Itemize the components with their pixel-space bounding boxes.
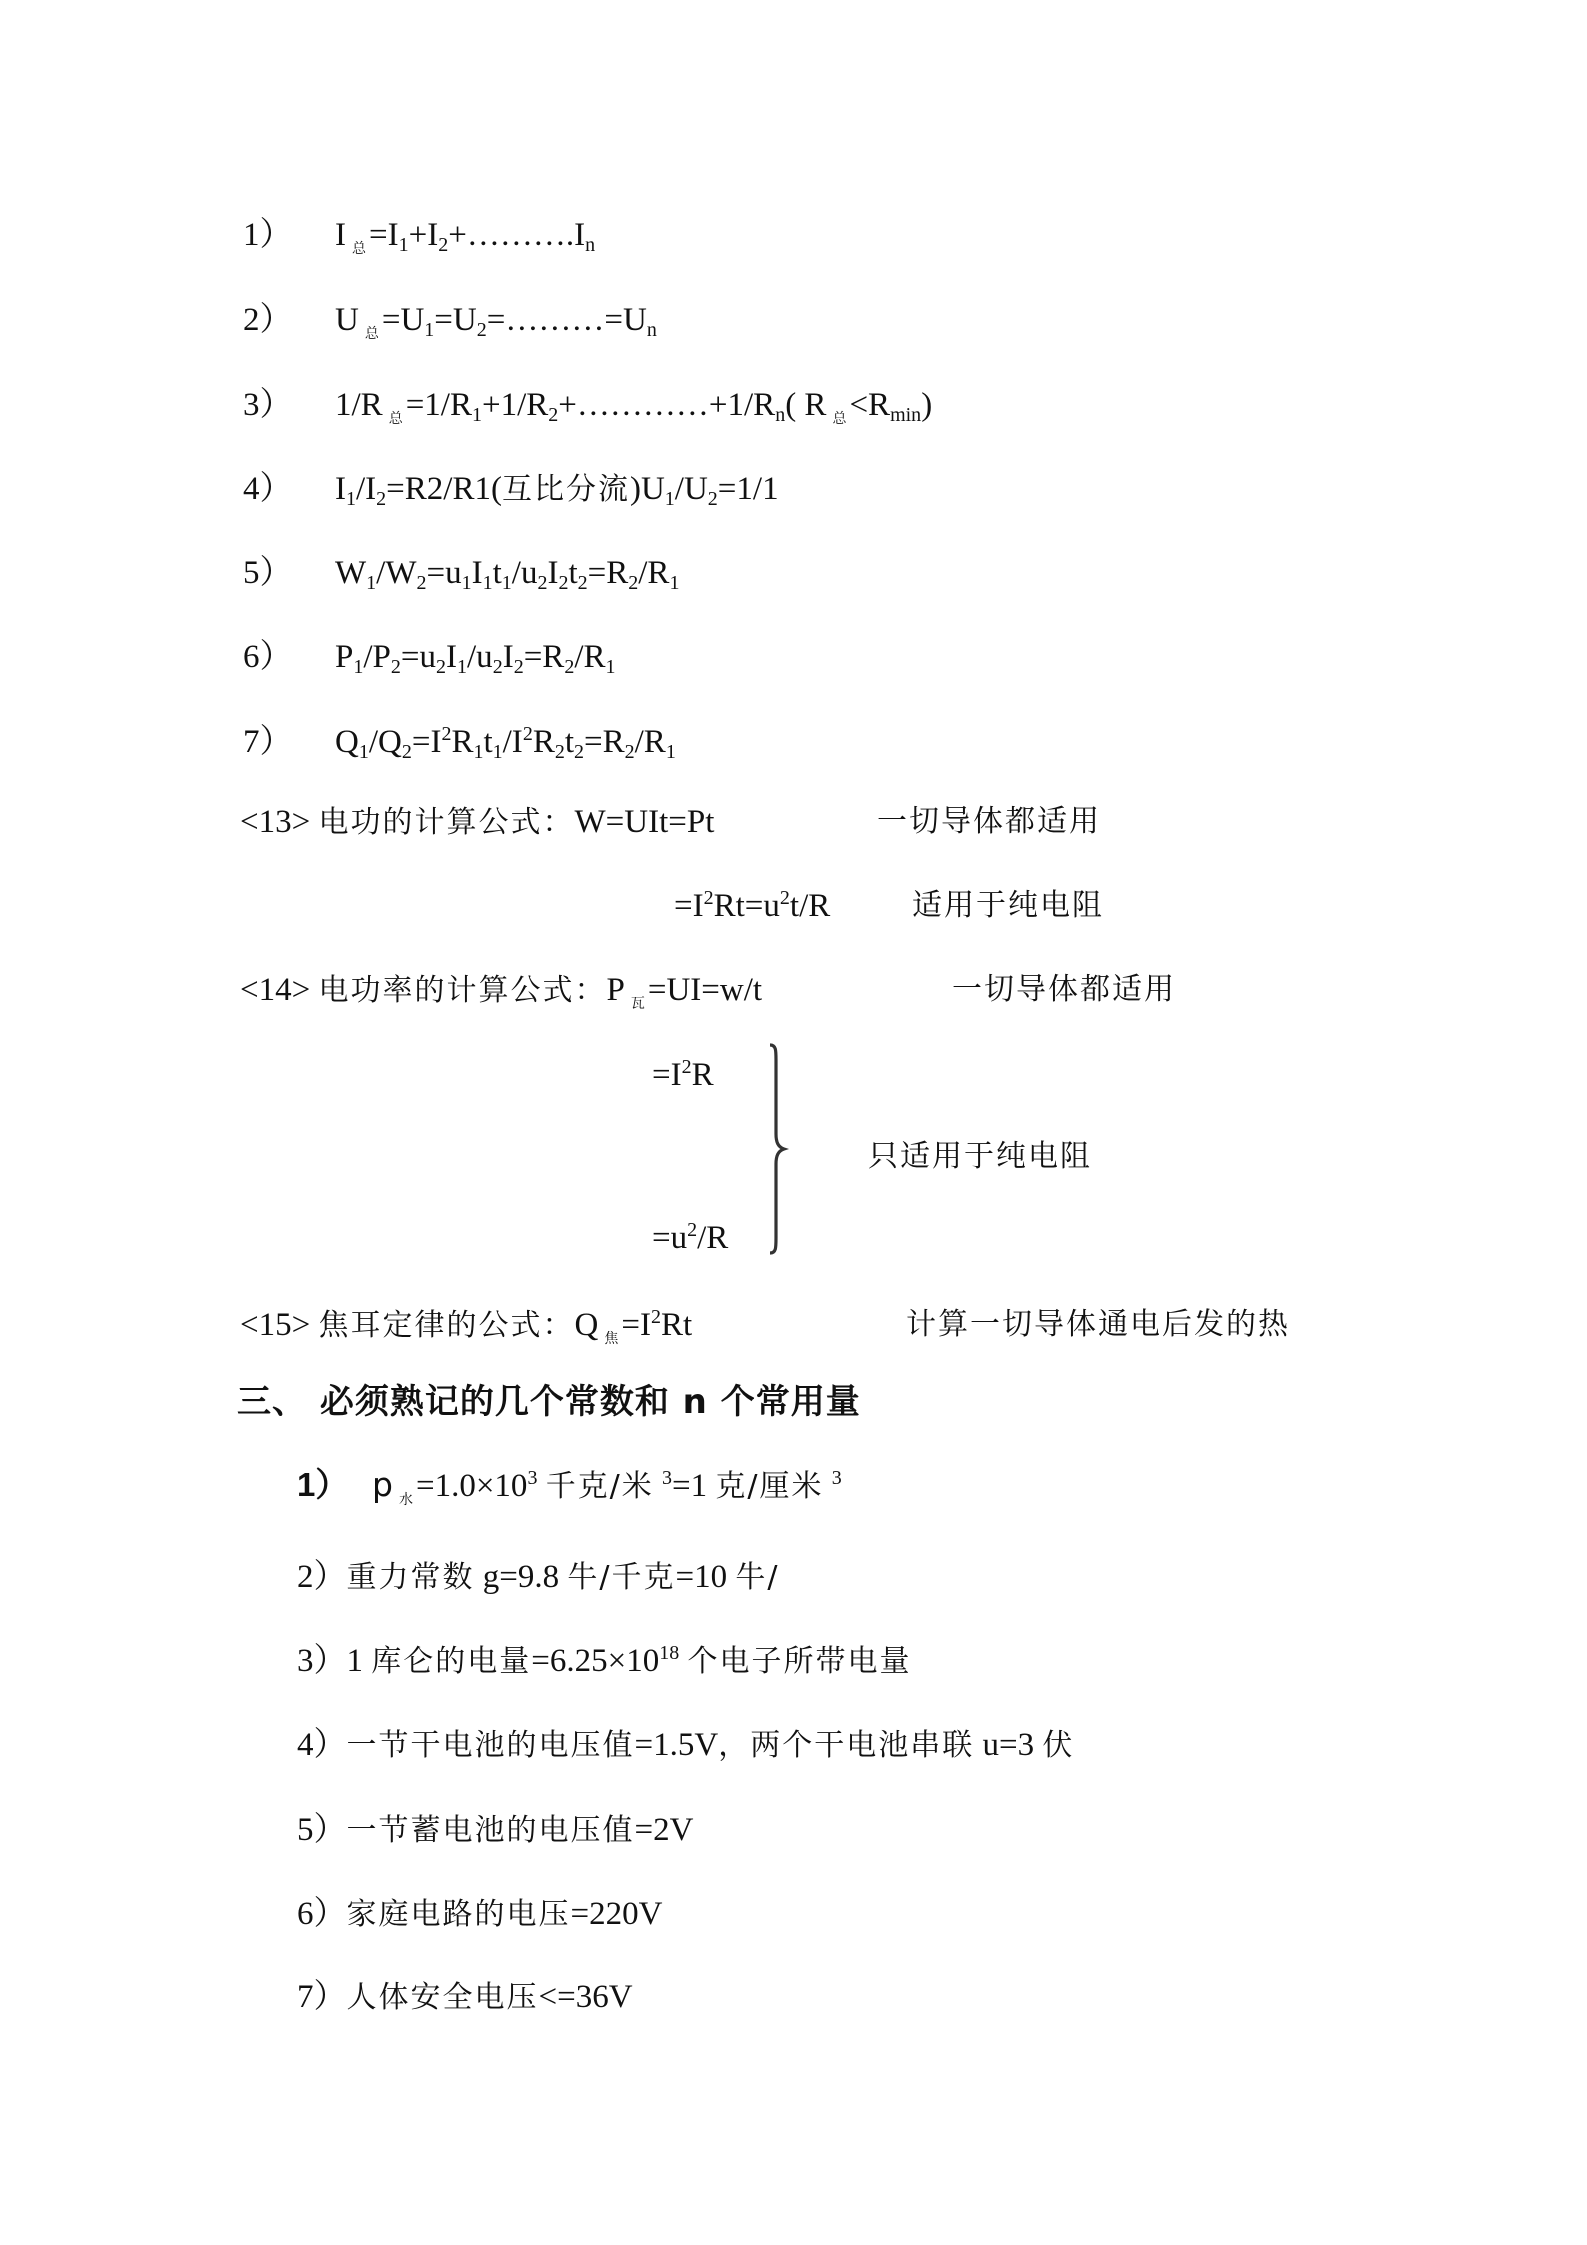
formula-title: 电功的计算公式： [318,805,574,840]
formula-label: <15> [240,1307,310,1343]
constant-item-6: 6）家庭电路的电压=220V [297,1894,662,1934]
rule-formula: Q1/Q2=I2R1t1/I2R2t2=R2/R1 [335,724,676,760]
item-label: 7） [297,1979,347,2015]
rule-1: 1）I总=I1+I2+……….In [243,215,595,255]
formula-14-brace-note: 只适用于纯电阻 [868,1137,1092,1177]
formula-expr-main: Q [574,1307,598,1343]
rule-formula: I1/I2=R2/R1(互比分流)U1/U2=1/1 [335,471,779,507]
formula-expr-sub: 瓦 [631,996,645,1012]
rule-4: 4）I1/I2=R2/R1(互比分流)U1/U2=1/1 [243,469,779,509]
formula-title: 电功率的计算公式： [318,973,606,1008]
rule-formula: W1/W2=u1I1t1/u2I2t2=R2/R1 [335,555,679,591]
formula-14: <14> 电功率的计算公式：P瓦=UI=w/t [240,970,762,1010]
constant-item-1: 1）p水=1.0×103 千克/米 3=1 克/厘米 3 [297,1465,842,1505]
rule-formula: 1/R总=1/R1+1/R2+…………+1/Rn( R总<Rmin) [335,387,932,423]
rule-formula: U总=U1=U2=………=Un [335,302,657,338]
rule-label: 5） [243,553,335,593]
formula-expr-sub: 焦 [604,1331,618,1347]
rule-6: 6）P1/P2=u2I1/u2I2=R2/R1 [243,637,616,677]
formula-14-alt-2: =u2/R [652,1218,728,1258]
right-brace-icon [764,1042,790,1256]
formula-expr-main: P [606,972,624,1008]
formula-13-cont-note: 适用于纯电阻 [912,886,1104,926]
rule-7: 7）Q1/Q2=I2R1t1/I2R2t2=R2/R1 [243,722,676,762]
rule-3: 3）1/R总=1/R1+1/R2+…………+1/Rn( R总<Rmin) [243,385,932,425]
item-label: 6） [297,1896,347,1932]
rule-2: 2）U总=U1=U2=………=Un [243,300,657,340]
section-3-heading: 三、 必须熟记的几个常数和 n 个常用量 [237,1380,861,1424]
formula-expr: W=UIt=Pt [574,804,714,840]
rule-label: 7） [243,722,335,762]
item-label: 2） [297,1559,347,1595]
formula-title: 焦耳定律的公式： [318,1308,574,1343]
item-label: 3） [297,1643,347,1679]
rule-formula: P1/P2=u2I1/u2I2=R2/R1 [335,639,616,675]
constant-item-4: 4）一节干电池的电压值=1.5V，两个干电池串联 u=3 伏 [297,1725,1074,1765]
rule-label: 4） [243,469,335,509]
rule-label: 3） [243,385,335,425]
constant-item-2: 2）重力常数 g=9.8 牛/千克=10 牛/ [297,1557,779,1597]
formula-13-note: 一切导体都适用 [877,802,1101,842]
rule-label: 1） [243,215,335,255]
rule-label: 6） [243,637,335,677]
formula-expr-rest: =UI=w/t [648,972,762,1008]
formula-13: <13> 电功的计算公式：W=UIt=Pt [240,802,714,842]
formula-14-alt-1: =I2R [652,1055,714,1095]
formula-14-note: 一切导体都适用 [952,970,1176,1010]
rule-formula: I总=I1+I2+……….In [335,217,595,253]
item-label: 1） [297,1465,372,1505]
formula-15-note: 计算一切导体通电后发的热 [906,1305,1290,1345]
formula-label: <14> [240,972,310,1008]
formula-label: <13> [240,804,310,840]
rule-5: 5）W1/W2=u1I1t1/u2I2t2=R2/R1 [243,553,679,593]
constant-item-5: 5）一节蓄电池的电压值=2V [297,1810,693,1850]
constant-item-7: 7）人体安全电压<=36V [297,1977,633,2017]
item-label: 5） [297,1812,347,1848]
formula-13-continuation: =I2Rt=u2t/R [674,886,830,926]
item-label: 4） [297,1727,347,1763]
rule-label: 2） [243,300,335,340]
formula-15: <15> 焦耳定律的公式：Q焦=I2Rt [240,1305,692,1345]
constant-item-3: 3）1 库仑的电量=6.25×1018 个电子所带电量 [297,1641,911,1681]
